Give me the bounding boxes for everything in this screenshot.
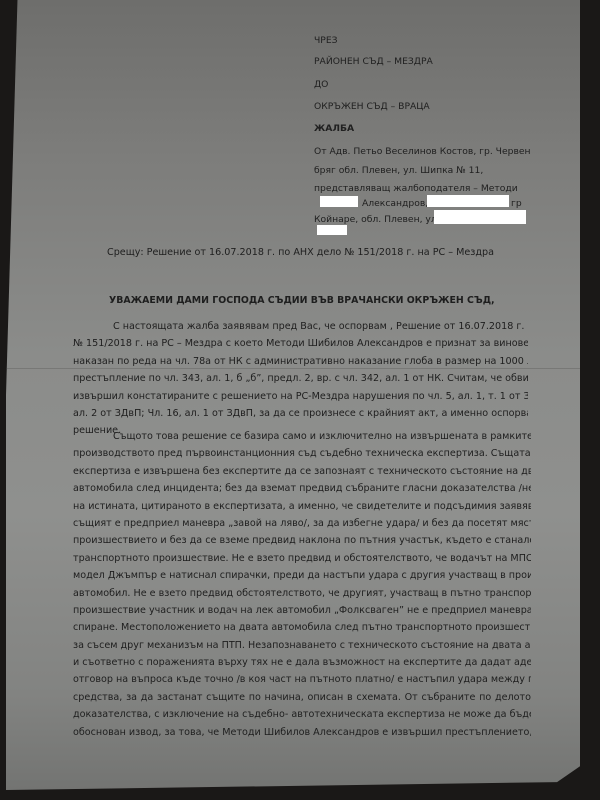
text-line: модел Джъмпър е натиснал спирачки, преди…	[73, 567, 531, 584]
text-line: произшествие участник и водач на лек авт…	[73, 602, 531, 619]
sender-line-3: представляващ жалбоподателя – Методи	[314, 183, 518, 194]
sender-line-4: Александров,	[362, 198, 428, 209]
text-line: спиране. Местоположението на двата автом…	[73, 619, 531, 636]
to-label: ДО	[314, 79, 328, 90]
text-line: извършил констатираните с решението на Р…	[73, 388, 528, 405]
text-line: транспортното произшествие. Не е взето п…	[73, 550, 531, 567]
against-decision-line: Срещу: Решение от 16.07.2018 г. по АНХ д…	[107, 247, 494, 258]
redacted-box	[317, 225, 347, 235]
text-line: № 151/2018 г. на РС – Мездра с което Мет…	[73, 335, 528, 352]
sender-line-1: От Адв. Петьо Веселинов Костов, гр. Черв…	[314, 146, 531, 157]
paragraph-2: Същото това решение се базира само и изк…	[73, 428, 531, 741]
text-line: за съсем друг механизъм на ПТП. Незапозн…	[73, 637, 531, 654]
text-line: произшествието и без да се вземе предвид…	[73, 532, 531, 549]
text-line: същият е предприел маневра „завой на ляв…	[73, 515, 531, 532]
sender-line-5: Койнаре, обл. Плевен, ул.	[314, 214, 440, 225]
text-line: експертиза е извършена без експертите да…	[73, 463, 531, 480]
text-line: престъпление по чл. 343, ал. 1, б „б”, п…	[73, 370, 528, 387]
text-line: и съответно с пораженията върху тях не е…	[73, 654, 531, 671]
text-line: ал. 2 от ЗДвП; Чл. 16, ал. 1 от ЗДвП, за…	[73, 405, 528, 422]
redacted-box	[427, 195, 509, 207]
sender-line-2: бряг обл. Плевен, ул. Шипка № 11,	[314, 165, 483, 176]
text-line: на истината, цитираното в експертизата, …	[73, 498, 531, 515]
text-line: обоснован извод, за това, че Методи Шиби…	[73, 724, 531, 741]
text-line: производството пред първоинстанционния с…	[73, 445, 531, 462]
to-court: ОКРЪЖЕН СЪД – ВРАЦА	[314, 101, 430, 112]
text-line: автомобил. Не е взето предвид обстоятелс…	[73, 585, 531, 602]
salutation: УВАЖАЕМИ ДАМИ ГОСПОДА СЪДИИ ВЪВ ВРАЧАНСК…	[109, 295, 495, 306]
text-line: доказателства, с изключение на съдебно- …	[73, 706, 531, 723]
text-line: отговор на въпроса къде точно /в коя час…	[73, 671, 531, 688]
text-line: средства, за да застанат същите по начин…	[73, 689, 531, 706]
redacted-box	[434, 210, 526, 224]
text-line: автомобила след инцидента; без да вземат…	[73, 480, 531, 497]
text-line: Същото това решение се базира само и изк…	[73, 428, 531, 445]
redacted-box	[320, 196, 358, 207]
text-line: наказан по реда на чл. 78а от НК с админ…	[73, 353, 528, 370]
document-type-title: ЖАЛБА	[314, 123, 354, 134]
sender-line-4b: гр	[511, 198, 522, 209]
paragraph-1: С настоящата жалба заявявам пред Вас, че…	[73, 318, 528, 440]
via-court: РАЙОНЕН СЪД – МЕЗДРА	[314, 56, 433, 67]
text-line: С настоящата жалба заявявам пред Вас, че…	[73, 318, 528, 335]
via-label: ЧРЕЗ	[314, 35, 338, 46]
